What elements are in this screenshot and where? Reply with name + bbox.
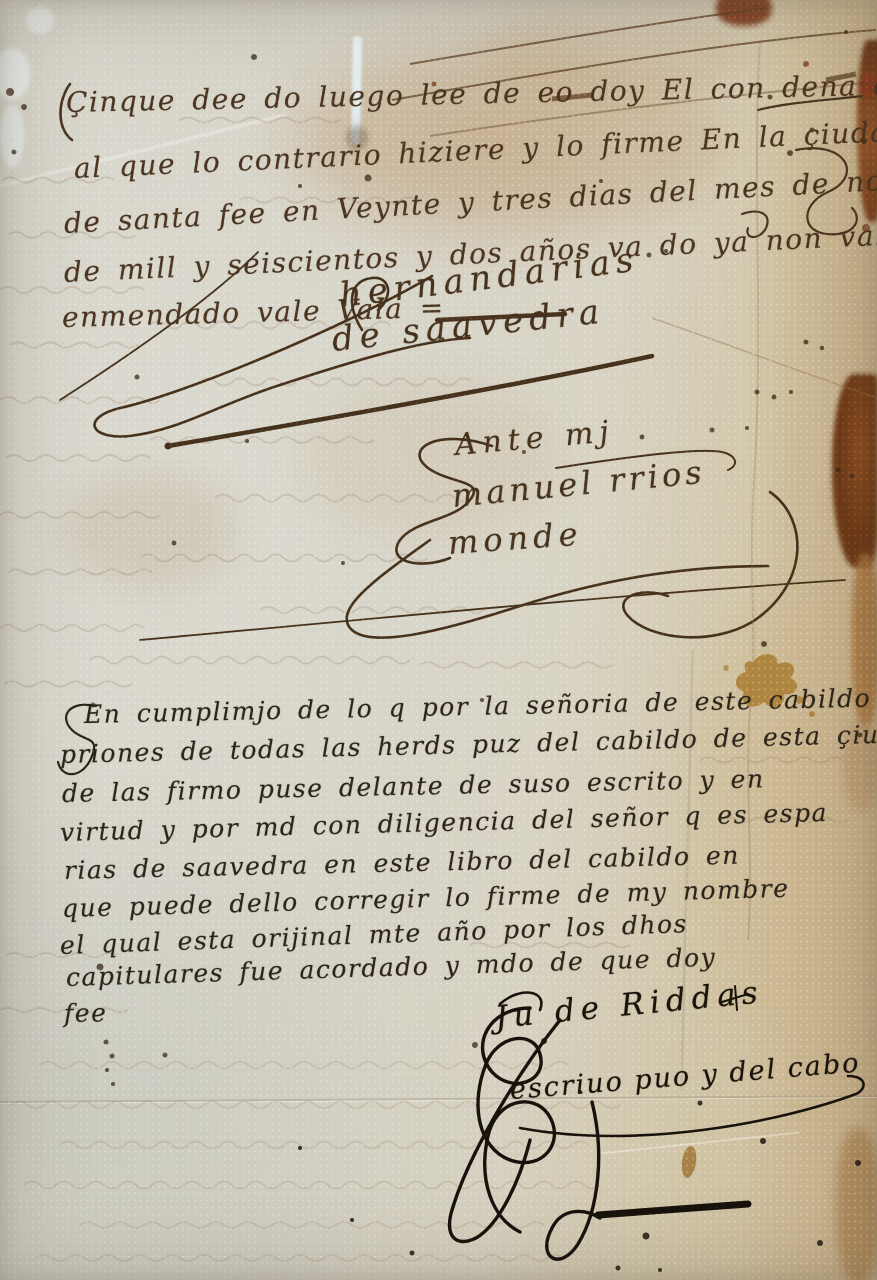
paper-flake — [0, 104, 24, 168]
faint-stain — [60, 470, 240, 590]
crease-line — [0, 1095, 877, 1103]
leather-stain-corner — [716, 0, 772, 26]
paper-chip — [680, 1145, 698, 1179]
attestation-line: monde — [447, 515, 584, 562]
certification-line: fee — [64, 998, 108, 1028]
attestation-line: Ante mj — [453, 414, 616, 463]
paper-flake — [0, 48, 30, 100]
signature-line: escriuo puo y del cabo — [509, 1047, 862, 1105]
paper-flake — [26, 6, 54, 34]
attestation-line: manuel rrios — [450, 453, 707, 515]
crease-line — [600, 1132, 799, 1155]
stain-bottom-right — [836, 1128, 877, 1280]
certification-line: En cumplimjo de lo q por la señoria de e… — [84, 682, 877, 729]
manuscript-photo: Çinque dee do luego lee de eo doy El con… — [0, 0, 877, 1280]
closing-line: Çinque dee do luego lee de eo doy El con… — [66, 68, 877, 119]
certification-line: priones de todas las herds puz del cabil… — [60, 720, 877, 769]
signature-line: Ju de Riddas — [493, 974, 765, 1036]
leather-stain-mid-right — [832, 374, 877, 568]
faint-stain — [300, 380, 560, 540]
